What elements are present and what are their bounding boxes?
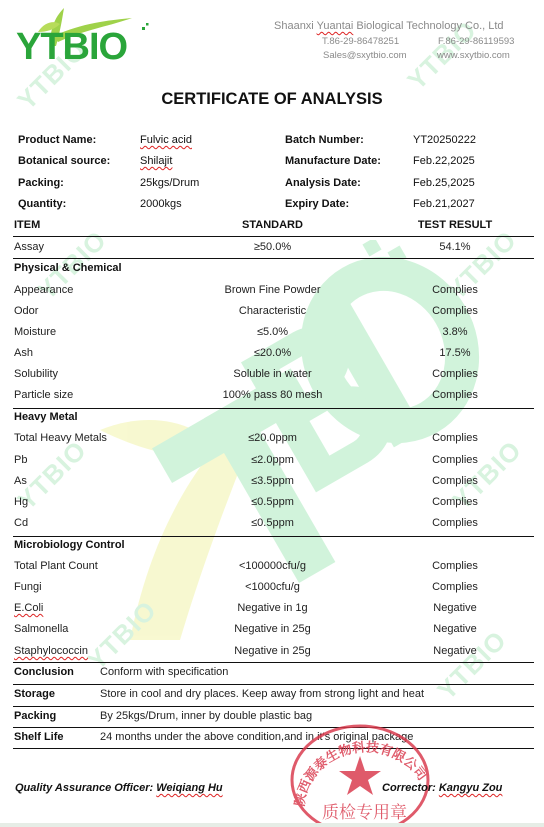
table-row-item: Salmonella <box>14 623 68 635</box>
info-value: Shilajit <box>140 155 172 167</box>
ytbio-logo: YTBIO <box>14 2 154 64</box>
svg-text:质检专用章: 质检专用章 <box>322 802 407 823</box>
table-row-standard: ≤20.0% <box>180 347 365 359</box>
info-value: 25kgs/Drum <box>140 177 199 189</box>
certificate-page: YTBIO YTBIO YTBIO YTBIO YTBIO YTBIO YTBI… <box>0 0 544 827</box>
table-divider <box>13 536 534 537</box>
company-fax: F.86-29-86119593 <box>438 36 514 47</box>
table-row-result: Complies <box>400 368 510 380</box>
table-row-standard: ≤0.5ppm <box>180 496 365 508</box>
table-row-item: Particle size <box>14 389 73 401</box>
table-divider <box>13 258 534 259</box>
summary-label: Conclusion <box>14 666 74 678</box>
table-row-standard: Characteristic <box>180 305 365 317</box>
info-value: Feb.21,2027 <box>413 198 475 210</box>
table-row-result: Complies <box>400 581 510 593</box>
info-label: Expiry Date: <box>285 198 349 210</box>
table-row-standard: <1000cfu/g <box>180 581 365 593</box>
table-row-result: Negative <box>400 602 510 614</box>
table-row-result: Complies <box>400 475 510 487</box>
info-label: Product Name: <box>18 134 96 146</box>
table-row-standard: Negative in 25g <box>180 645 365 657</box>
column-header-result: TEST RESULT <box>400 219 510 231</box>
table-row-result: 17.5% <box>400 347 510 359</box>
table-row-item: E.Coli <box>14 602 43 614</box>
table-row-standard: ≤3.5ppm <box>180 475 365 487</box>
table-row-standard: Brown Fine Powder <box>180 284 365 296</box>
table-row-result: Complies <box>400 496 510 508</box>
table-row-result: Complies <box>400 517 510 529</box>
table-divider <box>13 662 534 663</box>
info-value: Fulvic acid <box>140 134 192 146</box>
table-row-result: Negative <box>400 623 510 635</box>
table-row-standard: ≤0.5ppm <box>180 517 365 529</box>
table-row-item: Cd <box>14 517 28 529</box>
info-label: Packing: <box>18 177 64 189</box>
svg-text:YTBIO: YTBIO <box>16 26 127 64</box>
info-label: Quantity: <box>18 198 66 210</box>
table-row-standard: ≤20.0ppm <box>180 432 365 444</box>
company-phone: T.86-29-86478251 <box>322 36 399 47</box>
table-divider <box>13 236 534 237</box>
table-row-result: Complies <box>400 560 510 572</box>
table-row-result: Complies <box>400 389 510 401</box>
section-title: Microbiology Control <box>14 539 125 551</box>
summary-label: Packing <box>14 710 56 722</box>
info-value: YT20250222 <box>413 134 476 146</box>
table-row-item: As <box>14 475 27 487</box>
table-row-standard: ≤5.0% <box>180 326 365 338</box>
qa-officer-signature: Quality Assurance Officer: Weiqiang Hu <box>15 782 223 794</box>
section-title: Heavy Metal <box>14 411 78 423</box>
table-row-item: Odor <box>14 305 38 317</box>
company-website[interactable]: www.sxytbio.com <box>437 50 510 61</box>
table-row-item: Solubility <box>14 368 58 380</box>
table-divider <box>13 706 534 707</box>
watermark-text: YTBIO <box>81 595 163 677</box>
table-row-result: Complies <box>400 305 510 317</box>
summary-value: Store in cool and dry places. Keep away … <box>100 688 424 700</box>
table-divider <box>13 727 534 728</box>
table-row-item: Staphylococcin <box>14 645 88 657</box>
table-row-standard: ≤2.0ppm <box>180 454 365 466</box>
table-row-standard: Soluble in water <box>180 368 365 380</box>
table-divider <box>13 684 534 685</box>
corrector-signature: Corrector: Kangyu Zou <box>382 782 502 794</box>
info-value: Feb.25,2025 <box>413 177 475 189</box>
summary-label: Storage <box>14 688 55 700</box>
info-label: Analysis Date: <box>285 177 361 189</box>
table-row-standard: ≥50.0% <box>180 241 365 253</box>
info-label: Botanical source: <box>18 155 110 167</box>
watermark-text: YTBIO <box>431 625 513 707</box>
info-label: Batch Number: <box>285 134 364 146</box>
table-row-item: Fungi <box>14 581 42 593</box>
table-row-item: Assay <box>14 241 44 253</box>
table-row-item: Pb <box>14 454 27 466</box>
info-value: Feb.22,2025 <box>413 155 475 167</box>
section-title: Physical & Chemical <box>14 262 122 274</box>
summary-value: Conform with specification <box>100 666 228 678</box>
table-row-result: Negative <box>400 645 510 657</box>
table-row-result: 54.1% <box>400 241 510 253</box>
watermark-logo <box>60 240 500 660</box>
page-bottom-edge <box>0 823 544 827</box>
summary-value: By 25kgs/Drum, inner by double plastic b… <box>100 710 312 722</box>
table-row-item: Appearance <box>14 284 73 296</box>
table-divider <box>13 408 534 409</box>
column-header-standard: STANDARD <box>180 219 365 231</box>
table-row-item: Hg <box>14 496 28 508</box>
table-row-item: Total Heavy Metals <box>14 432 107 444</box>
info-value: 2000kgs <box>140 198 182 210</box>
table-row-item: Ash <box>14 347 33 359</box>
table-row-result: Complies <box>400 432 510 444</box>
table-row-result: Complies <box>400 284 510 296</box>
document-title: CERTIFICATE OF ANALYSIS <box>0 90 544 109</box>
table-row-standard: 100% pass 80 mesh <box>180 389 365 401</box>
company-email[interactable]: Sales@sxytbio.com <box>323 50 407 61</box>
info-label: Manufacture Date: <box>285 155 381 167</box>
company-seal-stamp: 陕西源泰生物科技有限公司 质检专用章 <box>286 718 434 827</box>
table-row-result: Complies <box>400 454 510 466</box>
table-divider <box>13 748 534 749</box>
table-row-standard: <100000cfu/g <box>180 560 365 572</box>
column-header-item: ITEM <box>14 219 40 231</box>
table-row-standard: Negative in 25g <box>180 623 365 635</box>
summary-label: Shelf Life <box>14 731 64 743</box>
company-name: Shaanxi Yuantai Biological Technology Co… <box>274 20 504 32</box>
table-row-result: 3.8% <box>400 326 510 338</box>
table-row-item: Moisture <box>14 326 56 338</box>
table-row-item: Total Plant Count <box>14 560 98 572</box>
table-row-standard: Negative in 1g <box>180 602 365 614</box>
